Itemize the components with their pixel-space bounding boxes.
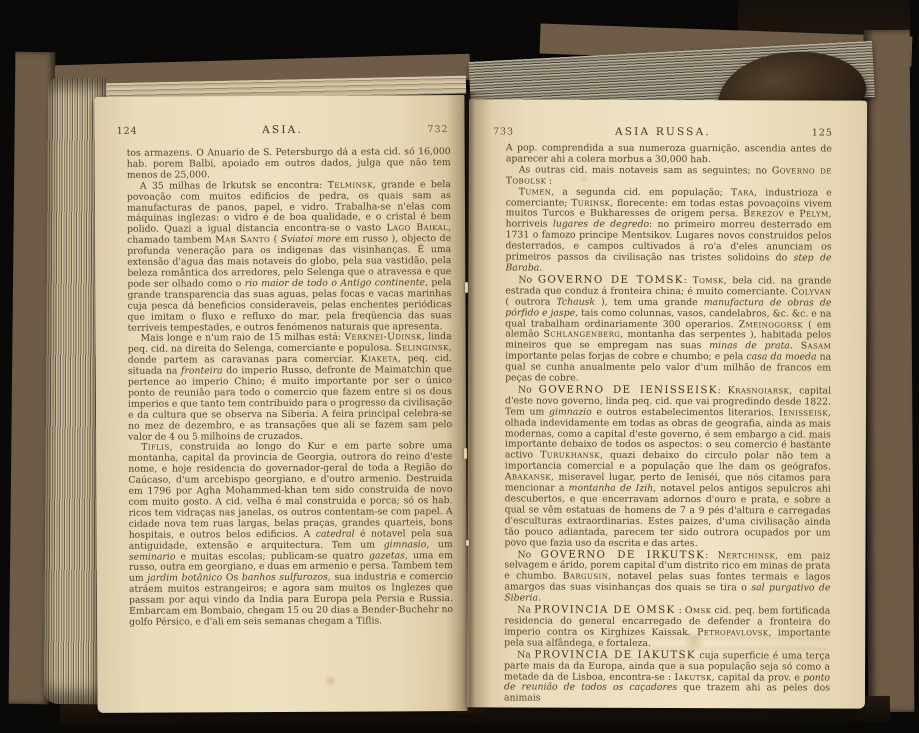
right-running-title: ASIA RUSSA. — [615, 126, 711, 138]
text-run: No — [518, 274, 537, 285]
right-page-number: 125 — [812, 128, 833, 139]
text-run: No — [517, 549, 540, 560]
place-name: Pelym — [799, 209, 828, 220]
place-name: Tara — [731, 187, 754, 198]
text-run: A pop. comprendida a sua numeroza guarni… — [506, 142, 832, 165]
text-run: ), tem uma grande — [595, 296, 704, 307]
show-through-text-ghost — [527, 636, 827, 663]
section-heading: GOVERNO DE IENISSEISK — [539, 383, 718, 396]
italic-term: seminario — [129, 551, 176, 562]
marbled-cover-right — [864, 30, 915, 712]
binding-stitch — [466, 540, 469, 546]
italic-term: jardim botânico — [147, 573, 222, 584]
text-run: : — [705, 550, 718, 561]
italic-term: gazetas — [369, 550, 405, 561]
text-run: e outros estabelecimentos literarios. — [592, 406, 779, 418]
paragraph: A 35 milhas de Irkutsk se encontra: Telm… — [127, 180, 452, 334]
text-run: As outras cid. mais notaveis sam as segu… — [519, 164, 772, 176]
place-name: Abakansk — [505, 472, 551, 483]
text-run: Os — [222, 573, 242, 584]
paragraph: No GOVERNO DE IRKUTSK: Nertchinsk, em pa… — [504, 549, 830, 606]
italic-term: Tchausk — [556, 296, 595, 307]
place-name: Sasam — [801, 341, 831, 352]
place-name: Selinginsk — [395, 342, 449, 353]
paragraph: A pop. comprendida a sua numeroza guarni… — [506, 143, 832, 166]
place-name: Turinsk — [571, 197, 610, 208]
italic-term: casa da moeda — [746, 351, 816, 362]
text-run: . — [539, 263, 542, 274]
italic-term: catedral — [316, 528, 355, 539]
right-text-column: A pop. comprendida a sua numeroza guarni… — [504, 143, 832, 705]
place-name: Kiaketa — [361, 354, 398, 365]
place-name: Colyvan — [791, 286, 831, 297]
text-run: do imperio Russo, defronte de Maimatchin… — [128, 364, 452, 442]
paragraph: As outras cid. mais notaveis sam as segu… — [506, 165, 832, 188]
text-run: , construida ao longo do Kur e em parte … — [128, 441, 452, 541]
italic-term: banhos sulfurozos — [242, 572, 328, 583]
place-name: Lago Baikal — [386, 222, 448, 233]
text-run: , notavel pelos antigos sepulcros ahi de… — [504, 483, 830, 549]
place-name: Nertchinsk — [718, 550, 775, 561]
text-run: : — [675, 605, 684, 616]
text-run: . — [790, 341, 801, 352]
italic-term: gimnazio — [549, 406, 592, 417]
left-running-title: ASIA. — [262, 124, 303, 136]
italic-term: gimnasio — [384, 539, 427, 550]
place-name: Tiflis — [141, 442, 169, 453]
text-run: , capital da prov. e — [712, 672, 804, 683]
text-run: ( outrora — [505, 296, 556, 307]
italic-term: minas de prata — [709, 340, 790, 351]
place-name: Mar Santo — [215, 234, 270, 245]
text-run: No — [518, 384, 539, 395]
place-name: Schlangenberg — [543, 329, 620, 340]
paragraph: No GOVERNO DE TOMSK: Tomsk, bela cid. na… — [505, 274, 831, 385]
italic-term: Sviatoi more — [281, 234, 341, 245]
left-page-header: 124 ASIA. 732 — [117, 123, 449, 137]
place-name: Iakutsk — [674, 672, 711, 683]
place-name: Ienisseisk — [779, 407, 828, 418]
italic-term: fronteira — [181, 365, 223, 376]
text-run: : — [546, 175, 552, 186]
right-page-surface: 733 ASIA RUSSA. 125 A pop. comprendida a… — [467, 99, 867, 708]
right-page-header: 733 ASIA RUSSA. 125 — [493, 125, 833, 138]
photographed-open-book: 124 ASIA. 732 tos armazens. O Anuario de… — [0, 0, 919, 733]
place-name: Turukhansk — [540, 450, 600, 461]
left-text-column: tos armazens. O Anuario de S. Petersburg… — [127, 147, 454, 629]
left-page-surface: 124 ASIA. 732 tos armazens. O Anuario de… — [94, 95, 467, 713]
paragraph: No GOVERNO DE IENISSEISK: Krasnoiarsk, c… — [504, 384, 831, 550]
italic-term: lugares de degredo — [553, 219, 649, 230]
text-run: ( — [270, 234, 281, 245]
place-name: Krasnoiarsk — [728, 385, 789, 396]
text-run: : — [684, 275, 693, 286]
text-run: , a segunda cid. em população; — [551, 186, 731, 198]
place-name: Omsk — [685, 605, 711, 616]
place-name: Bargusin — [563, 571, 609, 582]
section-heading: PROVINCIA DE OMSK — [534, 604, 675, 616]
text-run: e — [784, 209, 799, 220]
left-page-number: 124 — [117, 126, 138, 137]
section-heading: GOVERNO DE IRKUTSK — [541, 548, 706, 561]
place-name: Tomsk — [693, 275, 724, 286]
place-name: Berezov — [743, 209, 784, 220]
paragraph: tos armazens. O Anuario de S. Petersburg… — [127, 147, 451, 181]
paragraph: Tiflis, construida ao longo do Kur e em … — [128, 442, 453, 629]
right-folio-number: 733 — [493, 126, 514, 137]
place-name: Verknei-Udinsk — [344, 332, 421, 343]
paragraph: Mais longe e n'um raio de 15 milhas está… — [128, 333, 453, 444]
place-name: Zmeinogorsk — [739, 319, 803, 330]
section-heading: GOVERNO DE TOMSK — [538, 273, 684, 286]
place-name: Telminsk — [328, 179, 373, 190]
text-run: : — [718, 385, 728, 396]
text-run: . — [538, 593, 541, 604]
paragraph: Tumen, a segunda cid. em população; Tara… — [505, 187, 831, 275]
left-folio-number: 732 — [427, 124, 448, 135]
right-page: 733 ASIA RUSSA. 125 A pop. comprendida a… — [467, 99, 867, 708]
left-page: 124 ASIA. 732 tos armazens. O Anuario de… — [94, 95, 467, 713]
binding-stitch — [464, 448, 467, 459]
text-run: tos armazens. O Anuario de S. Petersburg… — [127, 146, 451, 181]
place-name: Tumen — [519, 186, 552, 197]
binding-stitch — [465, 282, 468, 293]
text-run: Na — [517, 605, 534, 616]
text-run: , um — [426, 539, 452, 550]
italic-term: montanha de Izih — [569, 483, 654, 494]
